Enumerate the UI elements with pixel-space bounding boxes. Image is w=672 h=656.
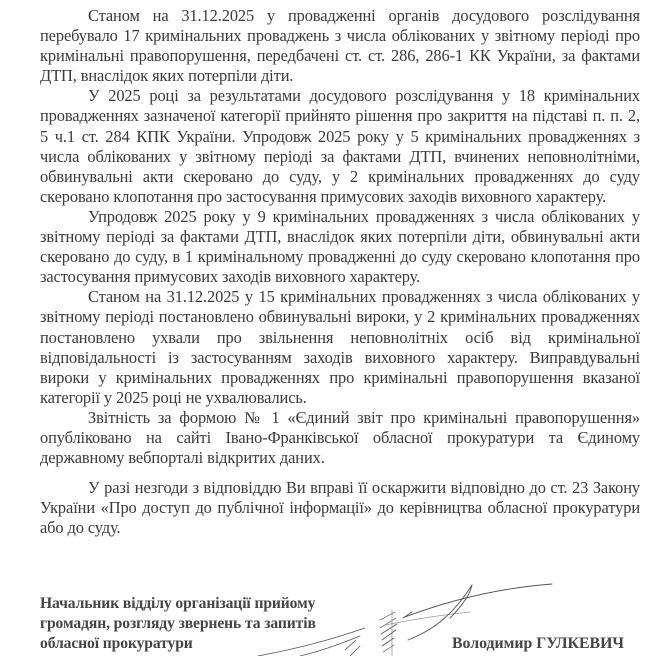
paragraph-closed-cases: У 2025 році за результатами досудового р… (40, 86, 640, 207)
document-body: Станом на 31.12.2025 у провадженні орган… (40, 6, 640, 538)
paragraph-verdicts: Станом на 31.12.2025 у 15 кримінальних п… (40, 287, 640, 408)
signatory-title-line: Начальник відділу організації прийому (40, 594, 370, 614)
signatory-title-line: громадян, розгляду звернень та запитів (40, 614, 370, 634)
signatory-title-line: обласної прокуратури (40, 634, 370, 654)
signature-block: Начальник відділу організації прийому гр… (40, 594, 672, 656)
signatory-title: Начальник відділу організації прийому гр… (40, 594, 370, 654)
paragraph-reporting: Звітність за формою № 1 «Єдиний звіт про… (40, 408, 640, 468)
paragraph-indictments: Упродовж 2025 року у 9 кримінальних пров… (40, 207, 640, 287)
paragraph-pending-cases: Станом на 31.12.2025 у провадженні орган… (40, 6, 640, 86)
signatory-name: Володимир ГУЛКЕВИЧ (452, 634, 624, 654)
paragraph-appeal-notice: У разі незгоди з відповіддю Ви вправі її… (40, 478, 640, 538)
